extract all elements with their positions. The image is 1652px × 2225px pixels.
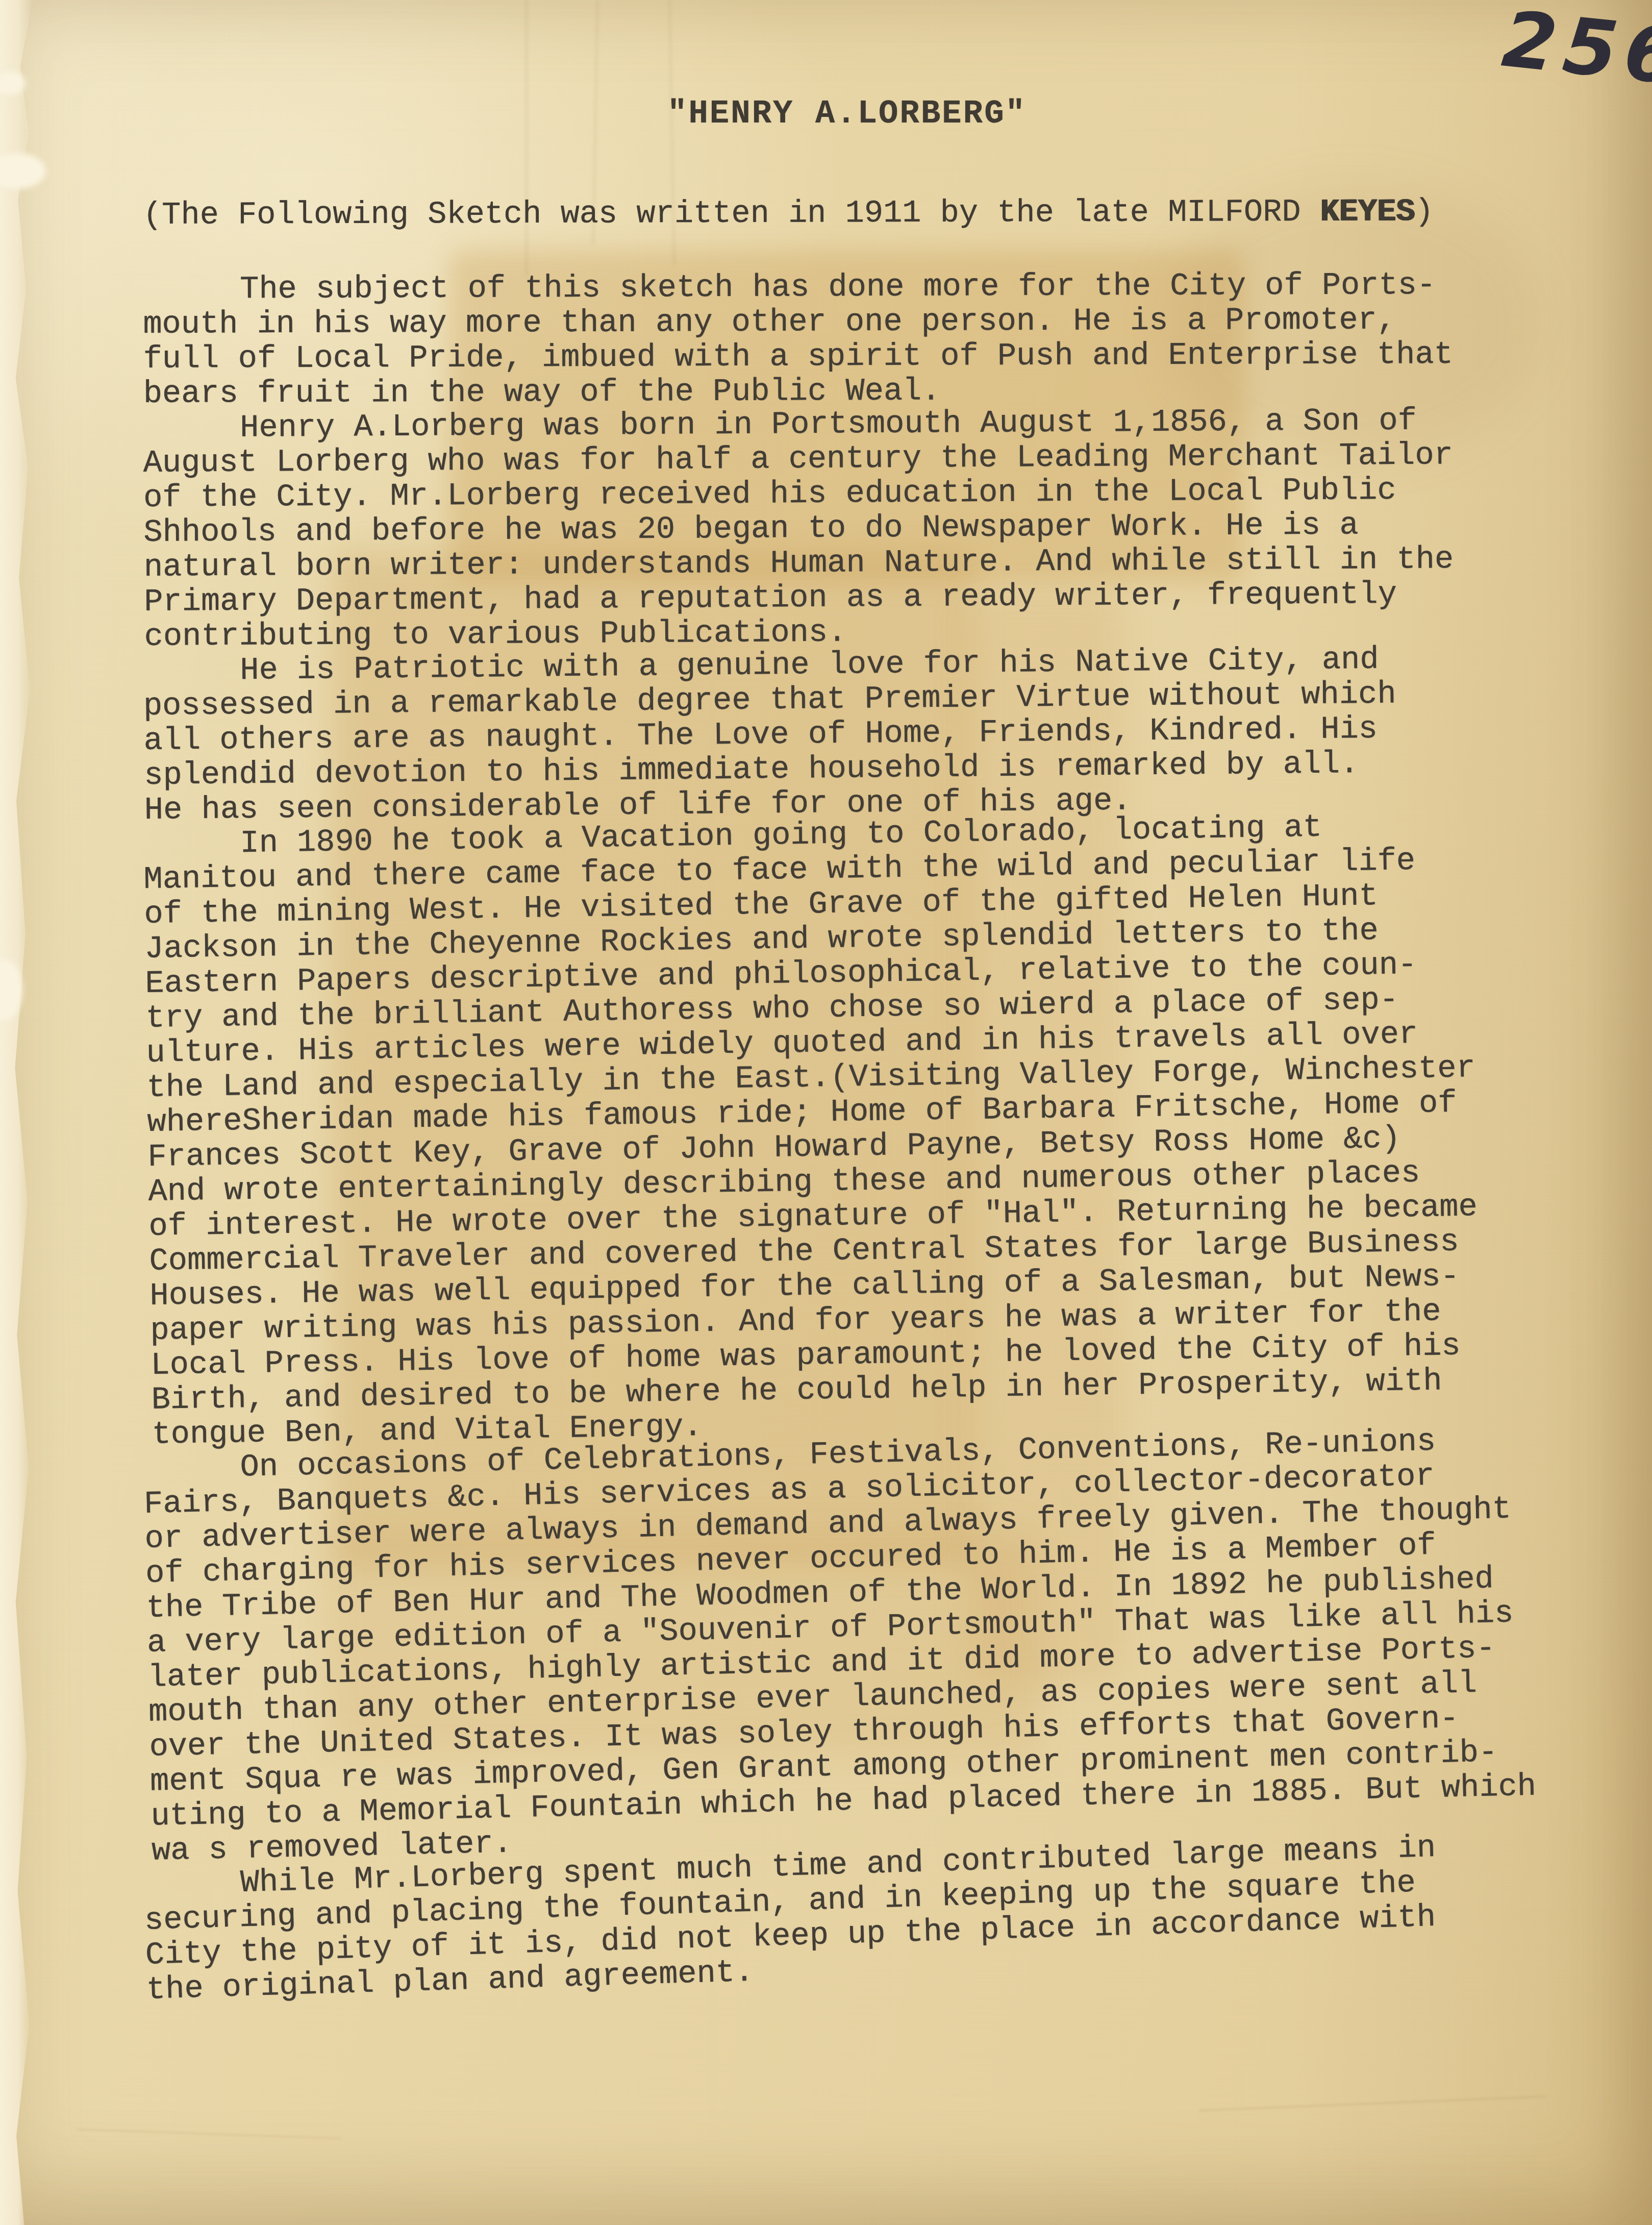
paragraph-2: Henry A.Lorberg was born in Portsmouth A… [143,403,1583,654]
paper-crease [77,2129,342,2139]
paper-chip [0,153,46,189]
paper-crease [1199,2095,1546,2111]
handwritten-page-number: 256 [1498,0,1652,103]
document-body: The subject of this sketch has done more… [143,273,1582,2008]
attribution-author: KEYES [1320,193,1415,230]
paper-chip [0,71,26,95]
attribution-text: (The Following Sketch was written in 191… [143,194,1320,233]
paragraph-5: On occasions of Celebrations, Festivals,… [143,1421,1590,1868]
document-title: "HENRY A.LORBERG" [143,96,1551,133]
attribution-line: (The Following Sketch was written in 191… [143,193,1434,233]
paragraph-4: In 1890 he took a Vacation going to Colo… [143,806,1591,1452]
torn-left-edge [0,0,33,2225]
paragraph-1: The subject of this sketch has done more… [143,267,1582,411]
attribution-close: ) [1415,193,1434,230]
paper-crease [525,0,528,276]
scanned-document-page: 256 "HENRY A.LORBERG" (The Following Ske… [0,0,1652,2225]
paragraph-3: He is Patriotic with a genuine love for … [143,640,1583,828]
paper-chip [0,959,22,1021]
